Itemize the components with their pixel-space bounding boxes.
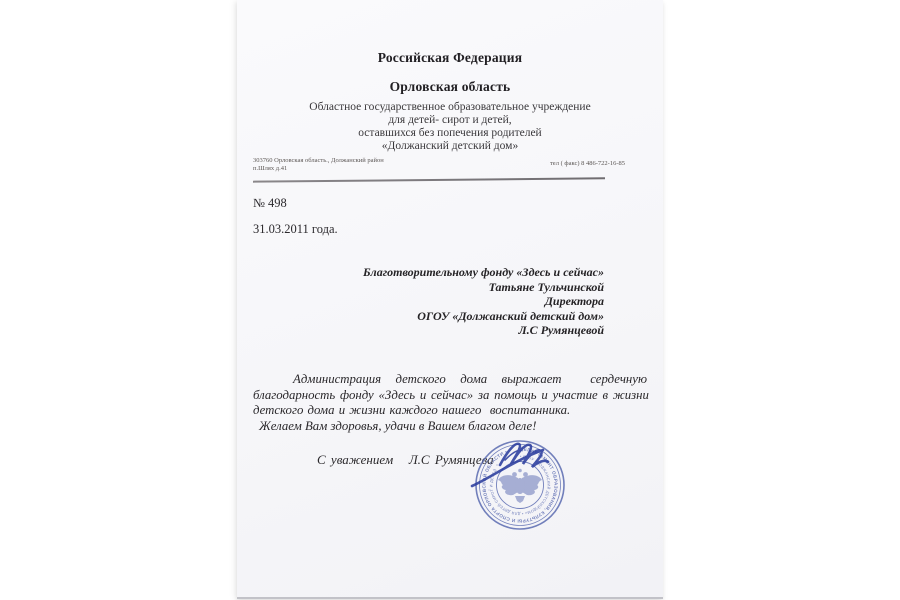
addressee-line: Директора <box>363 294 604 309</box>
body-line: Администрация детского дома выражает сер… <box>253 372 625 388</box>
body-line: благодарность фонду «Здесь и сейчас» за … <box>253 388 625 404</box>
scan-background: Российская Федерация Орловская область О… <box>0 0 900 600</box>
letter-date: 31.03.2011 года. <box>253 222 338 237</box>
org-address-line: 303760 Орловская область., Должанский ра… <box>253 157 384 165</box>
addressee-line: Татьяне Тульчинской <box>363 280 604 295</box>
org-address-line: п.Шлях д.41 <box>253 165 384 173</box>
addressee-block: Благотворительному фонду «Здесь и сейчас… <box>363 265 604 338</box>
eagle-emblem <box>498 469 542 503</box>
letter-country-title: Российская Федерация <box>237 50 663 66</box>
ref-number: № 498 <box>253 196 287 211</box>
org-phone: тел ( факс) 8 486-722-16-85 <box>550 160 625 168</box>
org-name-block: Областное государственное образовательно… <box>237 101 663 153</box>
addressee-line: Благотворительному фонду «Здесь и сейчас… <box>363 265 604 280</box>
org-name-line: «Должанский детский дом» <box>237 140 663 153</box>
letter-region-title: Орловская область <box>237 79 663 95</box>
letter-page: Российская Федерация Орловская область О… <box>237 0 663 599</box>
org-name-line: для детей- сирот и детей, <box>237 114 663 127</box>
org-name-line: Областное государственное образовательно… <box>237 101 663 114</box>
official-stamp: ДЕПАРТАМЕНТ ОБРАЗОВАНИЯ, КУЛЬТУРЫ И СПОР… <box>445 410 595 560</box>
stamp-graphic: ДЕПАРТАМЕНТ ОБРАЗОВАНИЯ, КУЛЬТУРЫ И СПОР… <box>445 410 595 560</box>
addressee-line: Л.С Румянцевой <box>363 323 604 338</box>
letterhead-divider <box>253 177 605 182</box>
addressee-line: ОГОУ «Должанский детский дом» <box>363 309 604 324</box>
org-address: 303760 Орловская область., Должанский ра… <box>253 157 384 173</box>
org-name-line: оставшихся без попечения родителей <box>237 127 663 140</box>
